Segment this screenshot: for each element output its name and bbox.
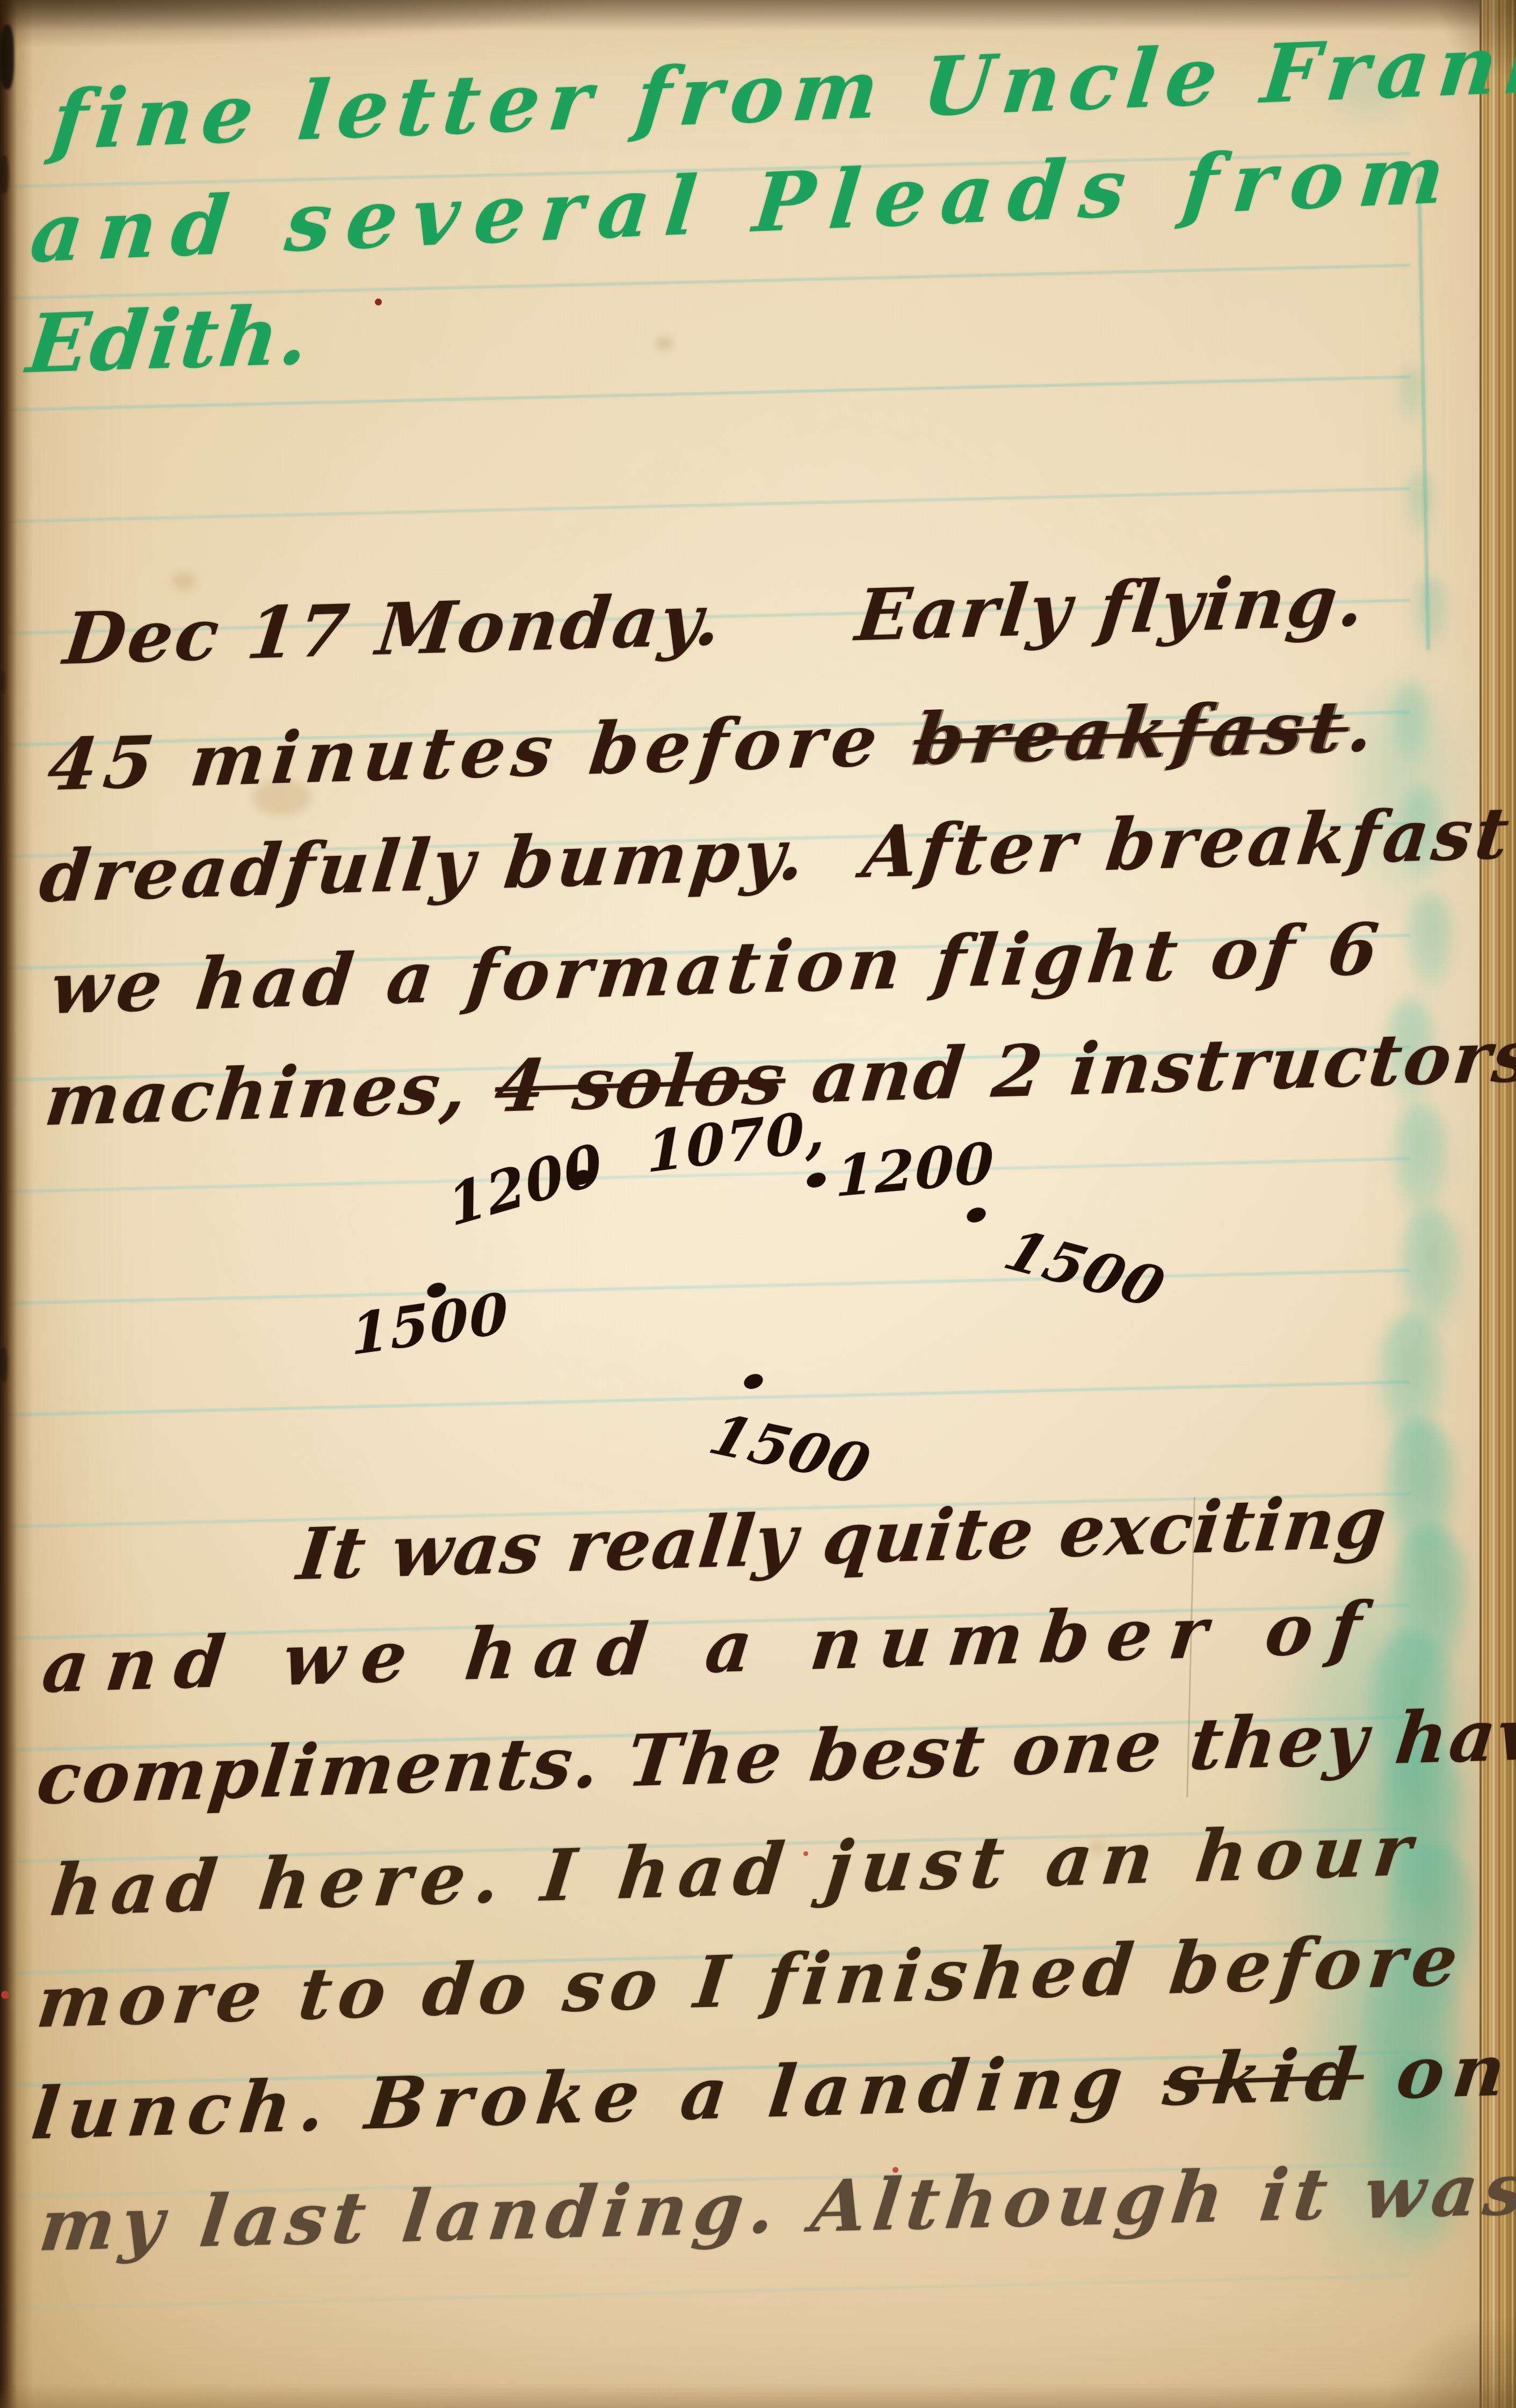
entry-text: on	[1359, 2028, 1516, 2116]
watercolor-wash	[1289, 1965, 1482, 2287]
entry-text: and we had a number of	[38, 1586, 1382, 1709]
ruled-line	[8, 1269, 1410, 1305]
diary-page: fine letter from Uncle Frank and several…	[0, 0, 1516, 2408]
red-speck	[375, 299, 382, 305]
entry-text: lunch. Broke a landing	[27, 2039, 1169, 2156]
altitude-number: 1500	[998, 1222, 1172, 1316]
entry-text: Dec 17 Monday. Early flying.	[60, 559, 1370, 681]
entry-line: had here. I had just an hour	[47, 1815, 1424, 1926]
formation-dot	[742, 1371, 765, 1392]
green-note-text: Edith.	[23, 288, 315, 391]
altitude-number: 1500	[703, 1407, 877, 1493]
watercolor-smudge	[1396, 365, 1426, 427]
entry-text: my last landing. Although it was	[35, 2148, 1516, 2267]
entry-line: 45 minutes before breakfast.	[45, 690, 1383, 801]
struck-word: skid	[1159, 2033, 1368, 2122]
paper-stain	[172, 572, 197, 590]
page-shadow-top-left	[0, 0, 618, 48]
formation-dot	[964, 1205, 988, 1225]
ruled-line	[8, 1380, 1410, 1416]
entry-text: It was really quite exciting	[293, 1481, 1391, 1597]
entry-text: we had a formation flight of 6	[46, 907, 1387, 1030]
watercolor-smudge	[1410, 576, 1450, 655]
entry-line: we had a formation flight of 6	[47, 914, 1387, 1024]
entry-line: my last landing. Although it was	[36, 2154, 1516, 2261]
entry-line: dreadfully bumpy. After breakfast	[37, 798, 1515, 913]
entry-line: Dec 17 Monday. Early flying.	[61, 565, 1370, 675]
entry-text: dreadfully bumpy. After breakfast	[35, 791, 1516, 919]
ink-blotch	[0, 1348, 8, 1382]
watercolor-smudge	[1388, 1103, 1454, 1227]
entry-text: machines,	[41, 1045, 500, 1142]
paper-stain	[656, 337, 672, 350]
altitude-number: 1200	[835, 1135, 995, 1205]
struck-word: breakfast	[910, 685, 1353, 782]
entry-text: had here. I had just an hour	[46, 1808, 1425, 1932]
red-speck	[1, 1991, 9, 1999]
green-note-line: Edith.	[24, 295, 314, 384]
ruled-line	[8, 487, 1410, 523]
page-shadow-bottom	[0, 2383, 1516, 2408]
ruled-line	[8, 2274, 1410, 2310]
entry-line: and we had a number of	[39, 1592, 1382, 1703]
entry-line: It was really quite exciting	[294, 1487, 1391, 1591]
watercolor-smudge	[1403, 470, 1438, 541]
entry-text: 45 minutes before	[43, 698, 919, 807]
altitude-number: 1200	[444, 1135, 607, 1234]
entry-line: more to do so I finished before	[34, 1925, 1468, 2038]
ink-blotch	[0, 671, 5, 693]
ink-blotch	[0, 156, 9, 193]
entry-text: more to do so I finished before	[33, 1918, 1468, 2044]
